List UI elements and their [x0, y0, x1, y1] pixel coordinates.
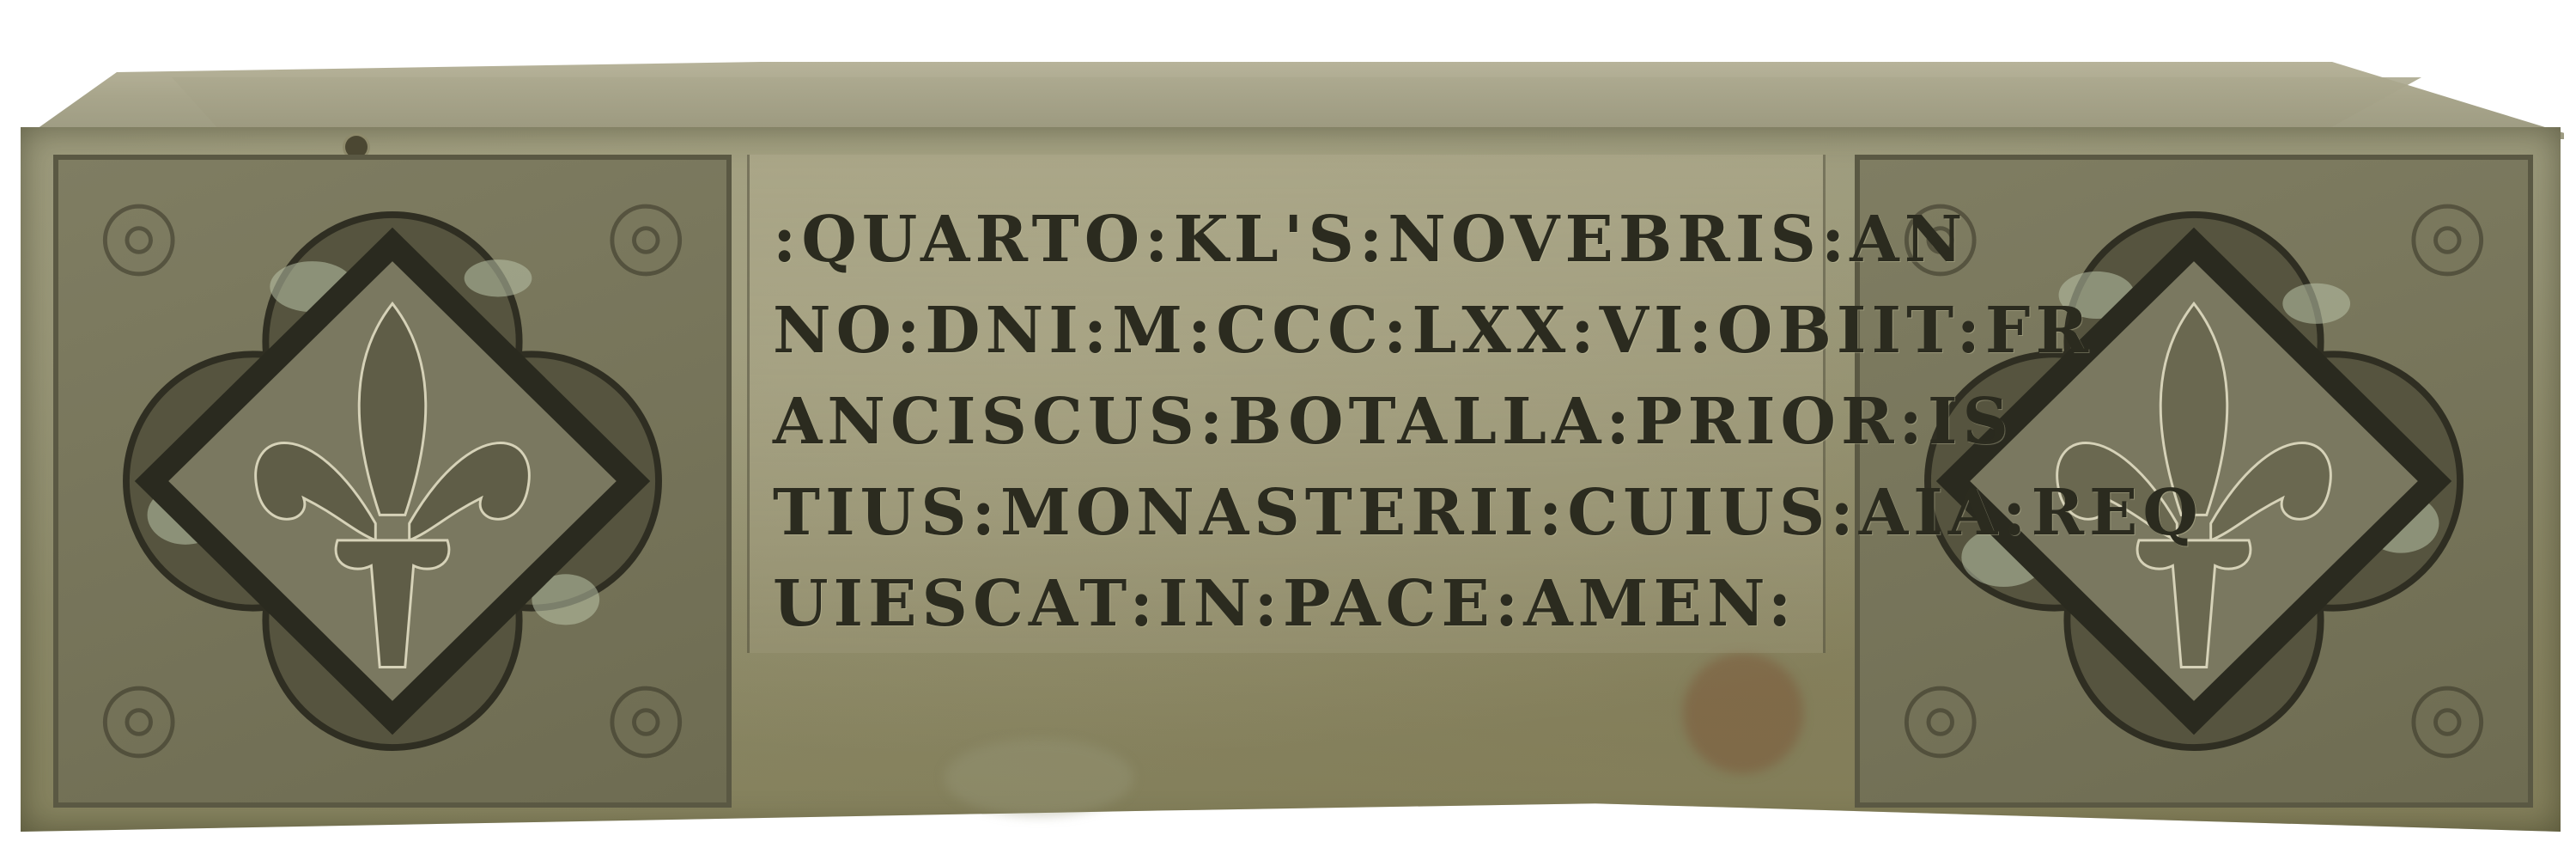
artwork-photo: :QUARTO:KL'S:NOVEBRIS:AN NO:DNI:M:CCC:LX… [0, 0, 2576, 854]
inscription-line: NO:DNI:M:CCC:LXX:VI:OBIIT:FR [773, 285, 1829, 376]
chest-interior [172, 77, 2421, 127]
left-fleur-de-lis-panel [53, 155, 732, 808]
inscription-line: :QUARTO:KL'S:NOVEBRIS:AN [773, 194, 1829, 285]
inscription-line: TIUS:MONASTERII:CUIUS:AIA:REQ [773, 467, 1829, 558]
lichen-stain [945, 739, 1133, 816]
lichen-stain [1683, 653, 1803, 773]
inscription-line: UIESCAT:IN:PACE:AMEN: [773, 558, 1829, 650]
gothic-inscription: :QUARTO:KL'S:NOVEBRIS:AN NO:DNI:M:CCC:LX… [773, 194, 1829, 650]
fleur-de-lis-icon [58, 160, 726, 802]
inscription-line: ANCISCUS:BOTALLA:PRIOR:IS [773, 376, 1829, 467]
